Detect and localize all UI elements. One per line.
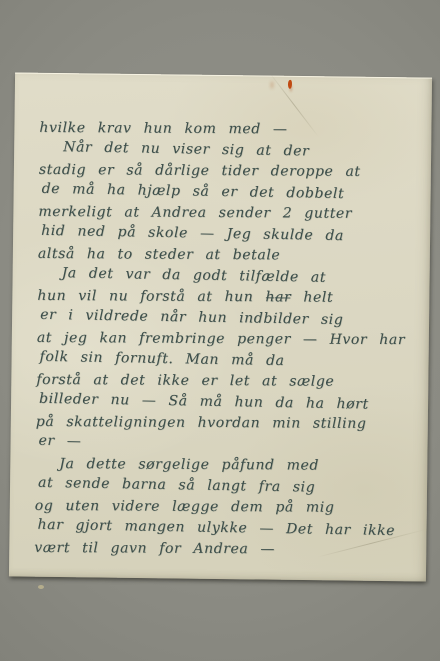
letter-paper: hvilke krav hun kom med — Når det nu vis… (9, 72, 432, 581)
rust-stain (288, 80, 292, 89)
handwritten-letter-text: hvilke krav hun kom med — Når det nu vis… (34, 117, 417, 563)
handwritten-line: vært til gavn for Andrea — (34, 538, 412, 561)
dust-speck (38, 585, 44, 589)
photo-backdrop: hvilke krav hun kom med — Når det nu vis… (0, 0, 440, 661)
